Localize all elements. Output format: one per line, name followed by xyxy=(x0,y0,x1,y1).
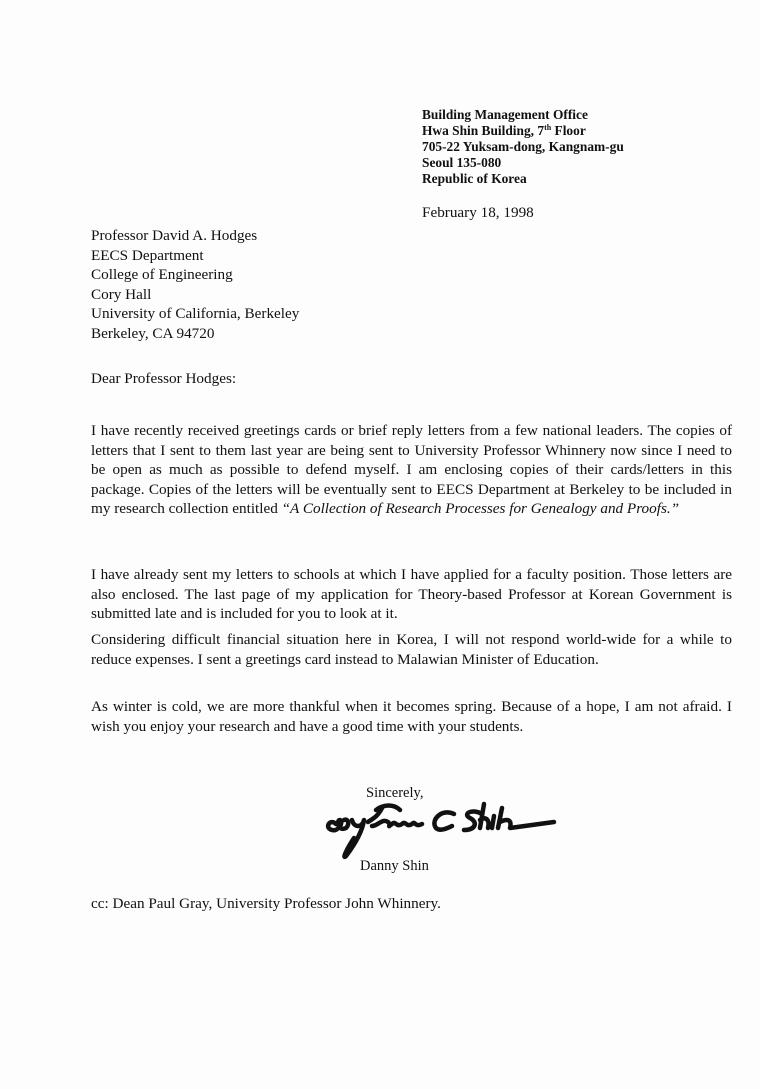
signature-icon xyxy=(322,798,562,860)
recipient-line: Berkeley, CA 94720 xyxy=(91,324,299,344)
collection-title: “A Collection of Research Processes for … xyxy=(282,500,680,517)
recipient-line: University of California, Berkeley xyxy=(91,304,299,324)
sender-address: Building Management Office Hwa Shin Buil… xyxy=(422,107,624,187)
recipient-line: College of Engineering xyxy=(91,265,299,285)
sender-building: Hwa Shin Building, 7th Floor xyxy=(422,123,624,139)
recipient-line: Cory Hall xyxy=(91,285,299,305)
letter-page: Building Management Office Hwa Shin Buil… xyxy=(0,0,760,1089)
sender-city: Seoul 135-080 xyxy=(422,155,624,171)
body-paragraph: Considering difficult financial situatio… xyxy=(91,630,732,669)
body-paragraph: As winter is cold, we are more thankful … xyxy=(91,697,732,736)
recipient-address: Professor David A. Hodges EECS Departmen… xyxy=(91,226,299,344)
body-paragraph: I have recently received greetings cards… xyxy=(91,421,732,519)
recipient-line: EECS Department xyxy=(91,246,299,266)
cc-line: cc: Dean Paul Gray, University Professor… xyxy=(91,895,441,913)
salutation: Dear Professor Hodges: xyxy=(91,370,236,388)
recipient-line: Professor David A. Hodges xyxy=(91,226,299,246)
sender-country: Republic of Korea xyxy=(422,171,624,187)
sender-office: Building Management Office xyxy=(422,107,624,123)
sender-street: 705-22 Yuksam-dong, Kangnam-gu xyxy=(422,139,624,155)
body-paragraph: I have already sent my letters to school… xyxy=(91,565,732,624)
signer-name: Danny Shin xyxy=(360,858,429,875)
letter-date: February 18, 1998 xyxy=(422,204,534,222)
